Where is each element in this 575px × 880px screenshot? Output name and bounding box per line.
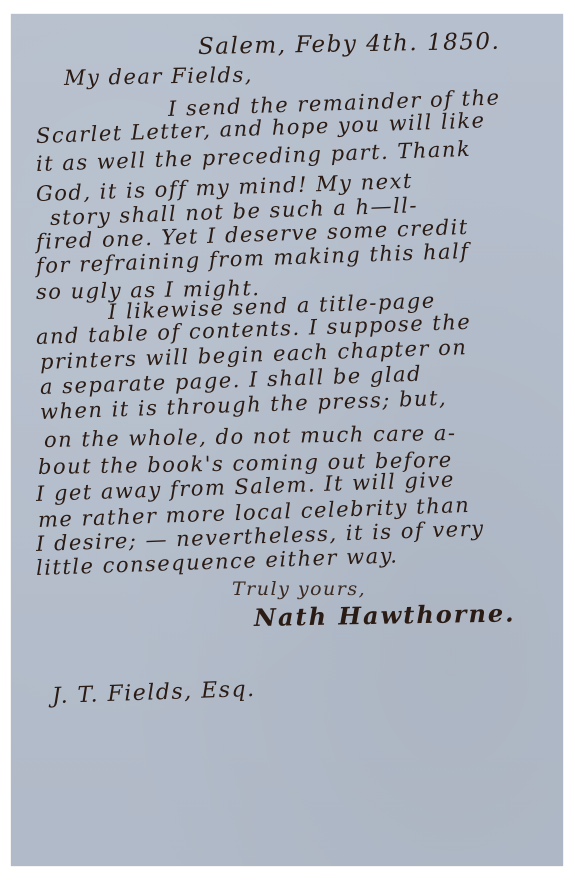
- salutation: My dear Fields,: [64, 63, 253, 90]
- signature: Nath Hawthorne.: [254, 598, 516, 632]
- dateline: Salem, Feby 4th. 1850.: [198, 29, 501, 60]
- closing: Truly yours,: [232, 578, 366, 600]
